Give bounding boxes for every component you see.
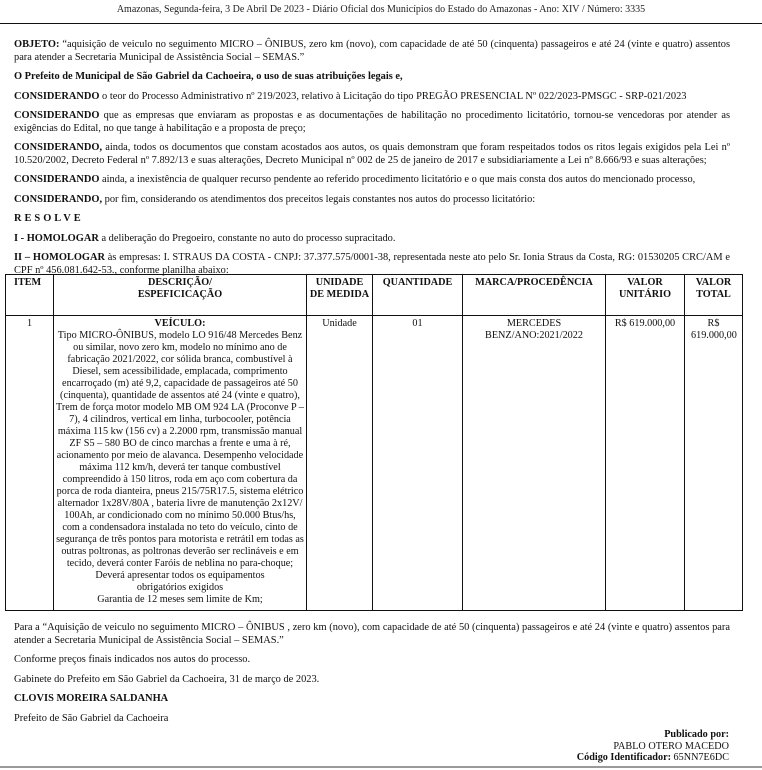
document-body: OBJETO: “aquisição de veiculo no seguime… (14, 39, 730, 284)
publication-block: Publicado por: PABLO OTERO MACEDO Código… (577, 729, 729, 764)
table-header-row: ITEM DESCRIÇÃO/ ESPEFICICAÇÃO UNIDADE DE… (6, 275, 743, 316)
identifier-code-label: Código Identificador: (577, 752, 671, 763)
cell-item: 1 (6, 316, 54, 611)
col-header-marca: MARCA/PROCEDÊNCIA (463, 275, 606, 316)
prefeito-intro: O Prefeito de Municipal de São Gabriel d… (14, 71, 730, 84)
cell-valor-total: R$ 619.000,00 (685, 316, 743, 611)
considerando-2: CONSIDERANDO que as empresas que enviara… (14, 110, 730, 135)
considerando-5: CONSIDERANDO, por fim, considerando os a… (14, 194, 730, 207)
published-by-label: Publicado por: (577, 729, 729, 741)
homologar-1-label: I - HOMOLOGAR (14, 233, 99, 244)
identifier-code: Código Identificador: 65NN7E6DC (577, 752, 729, 764)
cell-valor-unitario: R$ 619.000,00 (606, 316, 685, 611)
published-by-label-text: Publicado por: (664, 729, 729, 740)
considerando-text: ainda, a inexistência de qualquer recurs… (99, 174, 695, 185)
considerando-text: que as empresas que enviaram as proposta… (14, 110, 730, 134)
items-table: ITEM DESCRIÇÃO/ ESPEFICICAÇÃO UNIDADE DE… (5, 274, 743, 611)
col-header-quantidade: QUANTIDADE (373, 275, 463, 316)
conforme-paragraph: Conforme preços finais indicados nos aut… (14, 654, 730, 667)
col-header-item: ITEM (6, 275, 54, 316)
homologar-1: I - HOMOLOGAR a deliberação do Pregoeiro… (14, 233, 730, 246)
objeto-text: “aquisição de veiculo no seguimento MICR… (14, 39, 730, 63)
publisher-name: PABLO OTERO MACEDO (577, 741, 729, 753)
considerando-label: CONSIDERANDO (14, 91, 99, 102)
considerando-text: ainda, todos os documentos que constam a… (14, 142, 730, 166)
resolve-heading: RESOLVE (14, 213, 730, 226)
bottom-divider (0, 766, 762, 768)
considerando-label: CONSIDERANDO (14, 110, 99, 121)
objeto-paragraph: OBJETO: “aquisição de veiculo no seguime… (14, 39, 730, 64)
identifier-code-value: 65NN7E6DC (671, 752, 729, 763)
table-row: 1 VEÍCULO: Tipo MICRO-ÔNIBUS, modelo LO … (6, 316, 743, 611)
homologar-1-text: a deliberação do Pregoeiro, constante no… (99, 233, 396, 244)
objeto-label: OBJETO: (14, 39, 59, 50)
col-header-valor-unitario: VALOR UNITÁRIO (606, 275, 685, 316)
cell-marca: MERCEDES BENZ/ANO:2021/2022 (463, 316, 606, 611)
considerando-label: CONSIDERANDO (14, 174, 99, 185)
para-a-paragraph: Para a “Aquisição de veiculo no seguimen… (14, 622, 730, 647)
considerando-4: CONSIDERANDO ainda, a inexistência de qu… (14, 174, 730, 187)
considerando-3: CONSIDERANDO, ainda, todos os documentos… (14, 142, 730, 167)
prefeito-intro-text: O Prefeito de Municipal de São Gabriel d… (14, 71, 403, 82)
considerando-text: por fim, considerando os atendimentos do… (102, 194, 535, 205)
cell-quantidade: 01 (373, 316, 463, 611)
considerando-1: CONSIDERANDO o teor do Processo Administ… (14, 91, 730, 104)
considerando-label: CONSIDERANDO, (14, 194, 102, 205)
col-header-unidade: UNIDADE DE MEDIDA (307, 275, 373, 316)
closing-section: Para a “Aquisição de veiculo no seguimen… (14, 622, 730, 732)
cell-unidade: Unidade (307, 316, 373, 611)
desc-body: Tipo MICRO-ÔNIBUS, modelo LO 916/48 Merc… (56, 330, 304, 570)
col-header-valor-total: VALOR TOTAL (685, 275, 743, 316)
gabinete-paragraph: Gabinete do Prefeito em São Gabriel da C… (14, 674, 730, 687)
desc-extra-1: Deverá apresentar todos os equipamentos … (56, 570, 304, 594)
col-header-descricao: DESCRIÇÃO/ ESPEFICICAÇÃO (54, 275, 307, 316)
signer-name-text: CLOVIS MOREIRA SALDANHA (14, 693, 168, 704)
signer-title: Prefeito de São Gabriel da Cachoeira (14, 713, 730, 726)
homologar-2-text: às empresas: I. STRAUS DA COSTA - CNPJ: … (14, 252, 730, 276)
desc-extra-2: Garantia de 12 meses sem limite de Km; (56, 594, 304, 606)
considerando-label: CONSIDERANDO, (14, 142, 102, 153)
considerando-text: o teor do Processo Administrativo nº 219… (99, 91, 686, 102)
desc-title: VEÍCULO: (56, 318, 304, 330)
header-text: Amazonas, Segunda-feira, 3 De Abril De 2… (117, 4, 645, 15)
signer-name: CLOVIS MOREIRA SALDANHA (14, 693, 730, 706)
page-header: Amazonas, Segunda-feira, 3 De Abril De 2… (0, 0, 762, 24)
homologar-2-label: II – HOMOLOGAR (14, 252, 105, 263)
cell-descricao: VEÍCULO: Tipo MICRO-ÔNIBUS, modelo LO 91… (54, 316, 307, 611)
